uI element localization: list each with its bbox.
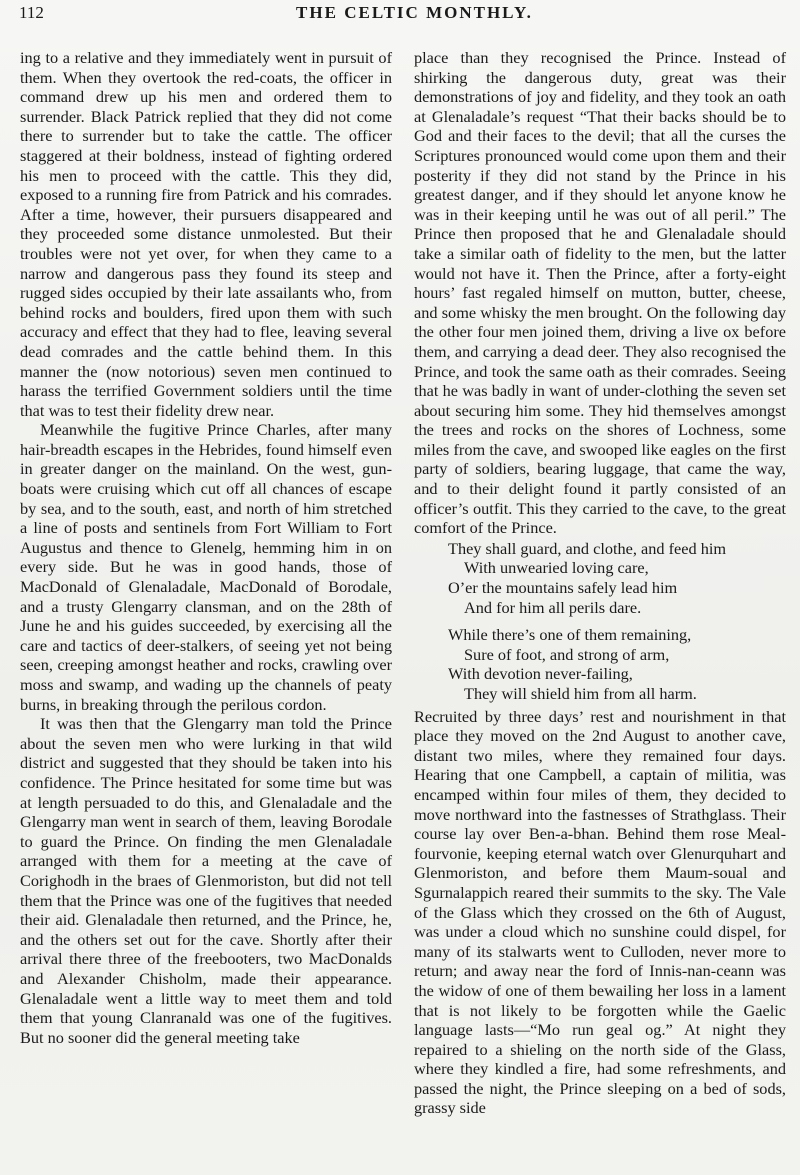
poem-line: And for him all perils dare. xyxy=(448,598,786,618)
poem-stanza: While there’s one of them remaining, Sur… xyxy=(448,625,786,703)
poem-stanza: They shall guard, and clothe, and feed h… xyxy=(448,539,786,617)
poem-line: While there’s one of them remaining, xyxy=(448,625,786,645)
poem-line: They will shield him from all harm. xyxy=(448,684,786,704)
paragraph: It was then that the Glengarry man told … xyxy=(20,714,392,1047)
poem: They shall guard, and clothe, and feed h… xyxy=(448,539,786,704)
running-title: THE CELTIC MONTHLY. xyxy=(19,3,790,23)
poem-line: With unwearied loving care, xyxy=(448,558,786,578)
poem-line: Sure of foot, and strong of arm, xyxy=(448,645,786,665)
magazine-page: 112 THE CELTIC MONTHLY. ing to a relativ… xyxy=(0,0,800,1175)
poem-line: With devotion never-failing, xyxy=(448,664,786,684)
paragraph: ing to a relative and they immediately w… xyxy=(20,48,392,420)
poem-line: O’er the mountains safely lead him xyxy=(448,578,786,598)
paragraph: Meanwhile the fugitive Prince Charles, a… xyxy=(20,420,392,714)
page-header: 112 THE CELTIC MONTHLY. xyxy=(19,3,790,29)
poem-line: They shall guard, and clothe, and feed h… xyxy=(448,539,786,559)
paragraph: place than they recognised the Prince. I… xyxy=(414,48,786,538)
paragraph: Recruited by three days’ rest and nouris… xyxy=(414,707,786,1118)
right-column: place than they recognised the Prince. I… xyxy=(414,48,786,1118)
left-column: ing to a relative and they immediately w… xyxy=(20,48,392,1047)
